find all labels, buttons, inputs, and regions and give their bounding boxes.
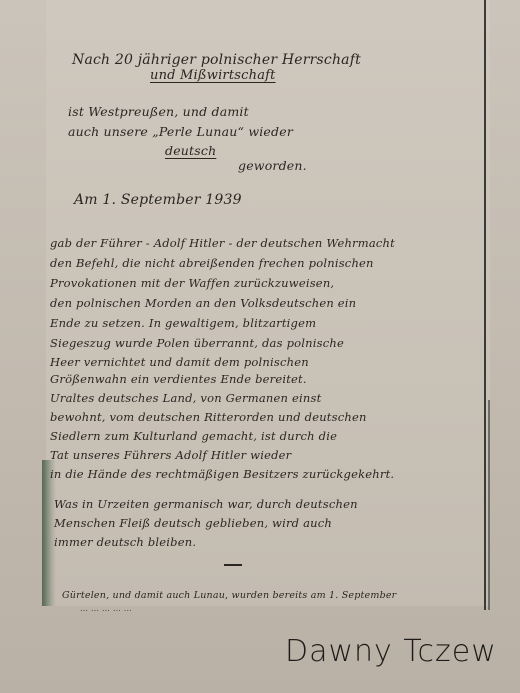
date-line: Am 1. September 1939 [74, 192, 242, 208]
heading-line-2: und Mißwirtschaft [150, 68, 276, 83]
paragraph-1-line: Siedlern zum Kulturland gemacht, ist dur… [50, 429, 337, 443]
footer-line-2: … … … … … [80, 604, 132, 613]
paragraph-1-line: Uraltes deutsches Land, von Germanen ein… [50, 391, 321, 405]
watermark-text: Dawny Tczew [285, 634, 497, 669]
right-margin-rule-secondary [488, 400, 490, 610]
paragraph-1-line: in die Hände des rechtmäßigen Besitzers … [50, 467, 394, 481]
paragraph-1-line: Heer vernichtet und damit dem polnischen [50, 355, 309, 369]
paragraph-1-line: den polnischen Morden an den Volksdeutsc… [50, 296, 356, 310]
paragraph-1-line: Provokationen mit der Waffen zurückzuwei… [50, 276, 334, 290]
intro-line-4: geworden. [238, 158, 307, 173]
paragraph-1-line: Größenwahn ein verdientes Ende bereitet. [50, 372, 307, 386]
heading-line-1: Nach 20 jähriger polnischer Herrschaft [72, 52, 361, 68]
paragraph-1-line: bewohnt, vom deutschen Ritterorden und d… [50, 410, 367, 424]
paragraph-1-line: Siegeszug wurde Polen überrannt, das pol… [50, 336, 344, 350]
separator-dash [224, 564, 242, 566]
paragraph-2-line: Was in Urzeiten germanisch war, durch de… [54, 497, 358, 511]
paragraph-1-line: Tat unseres Führers Adolf Hitler wieder [50, 448, 291, 462]
paragraph-1-line: gab der Führer - Adolf Hitler - der deut… [50, 236, 395, 250]
intro-line-2: auch unsere „Perle Lunau“ wieder [68, 124, 293, 139]
footer-line-1: Gürtelen, und damit auch Lunau, wurden b… [62, 590, 396, 601]
intro-line-3: deutsch [165, 143, 216, 158]
paragraph-1-line: den Befehl, die nicht abreißenden freche… [50, 256, 374, 270]
paragraph-1-line: Ende zu setzen. In gewaltigem, blitzarti… [50, 316, 316, 330]
sheet-edge-shadow [42, 460, 56, 606]
paragraph-2-line: immer deutsch bleiben. [54, 535, 196, 549]
right-margin-rule [484, 0, 486, 610]
intro-line-1: ist Westpreußen, und damit [68, 104, 249, 119]
paragraph-2-line: Menschen Fleiß deutsch geblieben, wird a… [54, 516, 332, 530]
